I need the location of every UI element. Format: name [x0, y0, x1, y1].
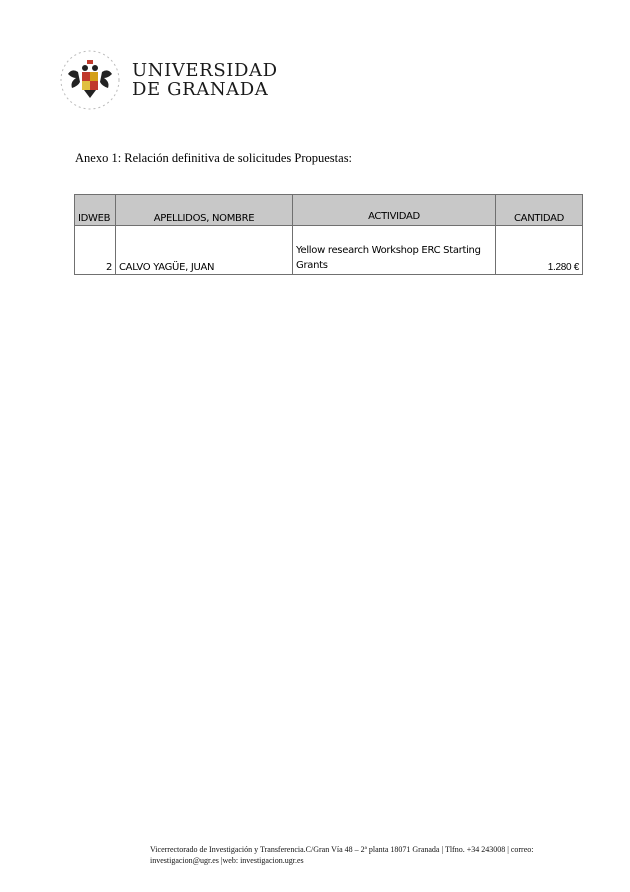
cell-name: CALVO YAGÜE, JUAN: [116, 226, 293, 275]
cell-activity: Yellow research Workshop ERC Starting Gr…: [293, 226, 496, 275]
column-header-idweb: IDWEB: [75, 195, 116, 226]
footer-address: Vicerrectorado de Investigación y Transf…: [150, 844, 580, 855]
footer-contact: investigacion@ugr.es |web: investigacion…: [150, 855, 580, 866]
annex-title: Anexo 1: Relación definitiva de solicitu…: [75, 151, 352, 166]
university-logo: UNIVERSIDAD DE GRANADA: [58, 48, 278, 112]
table-header-row: IDWEB APELLIDOS, NOMBRE ACTIVIDAD CANTID…: [75, 195, 583, 226]
cell-amount: 1.280 €: [496, 226, 583, 275]
column-header-activity: ACTIVIDAD: [293, 195, 496, 226]
logo-line-1: UNIVERSIDAD: [132, 61, 278, 80]
university-seal-icon: [58, 48, 122, 112]
column-header-name: APELLIDOS, NOMBRE: [116, 195, 293, 226]
page-footer: Vicerrectorado de Investigación y Transf…: [150, 844, 580, 866]
cell-idweb: 2: [75, 226, 116, 275]
proposals-table: IDWEB APELLIDOS, NOMBRE ACTIVIDAD CANTID…: [74, 194, 583, 275]
table-row: 2 CALVO YAGÜE, JUAN Yellow research Work…: [75, 226, 583, 275]
logo-line-2: DE GRANADA: [132, 80, 278, 99]
column-header-amount: CANTIDAD: [496, 195, 583, 226]
university-wordmark: UNIVERSIDAD DE GRANADA: [132, 61, 278, 99]
